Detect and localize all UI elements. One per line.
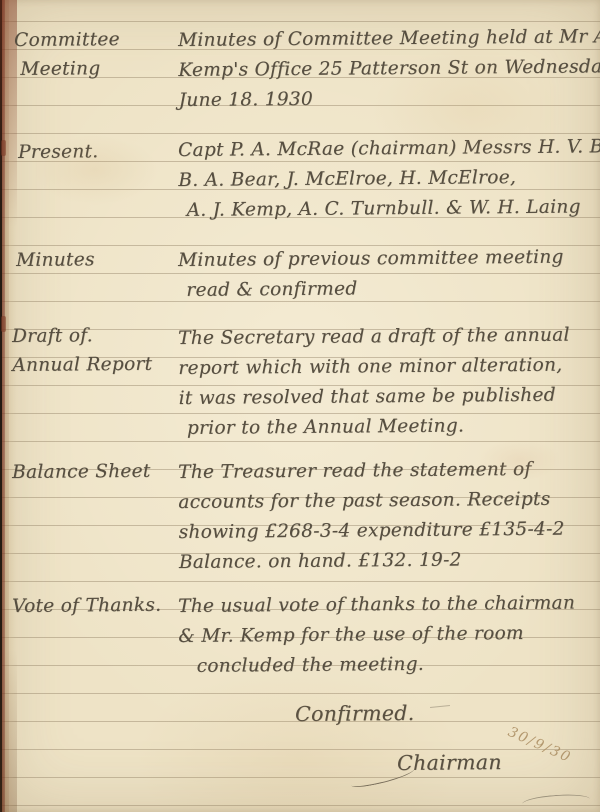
ledger-page: Committee Meeting Minutes of Committee M… [0,0,600,812]
margin-heading-balance-sheet: Balance Sheet [12,456,184,486]
margin-heading-line: Annual Report [12,349,184,379]
minutes-body-line: accounts for the past season. Receipts [178,484,598,518]
pen-stroke [522,793,590,806]
margin-heading-line: Meeting [12,53,184,83]
minutes-body-line: Minutes of previous committee meeting [178,242,598,276]
minutes-body-line: prior to the Annual Meeting. [179,410,599,444]
margin-heading-minutes: Minutes [12,244,184,274]
minutes-body-line: & Mr. Kemp for the use of the room [178,618,598,652]
margin-heading-draft-annual-report: Draft of. Annual Report [12,320,184,379]
minutes-body-line: Kemp's Office 25 Patterson St on Wednesd… [178,52,598,86]
section-body-present: Capt P. A. McRae (chairman) Messrs H. V.… [178,132,599,226]
section-body-balance-sheet: The Treasurer read the statement of acco… [178,454,599,578]
confirmed-text: Confirmed. [295,701,415,726]
minutes-body-line: showing £268-3-4 expenditure £135-4-2 [179,514,599,548]
minutes-body-line: A. J. Kemp, A. C. Turnbull. & W. H. Lain… [179,192,599,226]
margin-heading-line: Vote of Thanks. [12,590,184,620]
minutes-body-line: concluded the meeting. [179,648,599,682]
margin-heading-line: Committee [12,24,184,54]
minutes-body-line: report which with one minor alteration, [178,350,598,384]
minutes-body-line: read & confirmed [178,272,598,306]
chairman-signature: Chairman [397,750,502,775]
margin-heading-line: Balance Sheet [12,456,184,486]
minutes-body-line: The Treasurer read the statement of [178,454,598,488]
minutes-body-line: Capt P. A. McRae (chairman) Messrs H. V.… [178,132,598,166]
section-body-draft-annual-report: The Secretary read a draft of the annual… [178,320,599,444]
pencil-date-note: 30/9/30 [505,724,574,766]
red-tick-mark [1,316,6,332]
minutes-body-line: Minutes of Committee Meeting held at Mr … [178,22,598,56]
margin-heading-line: Present. [12,136,184,166]
pen-mark [430,705,450,708]
margin-heading-committee-meeting: Committee Meeting [12,24,184,83]
minutes-body-line: June 18. 1930 [179,82,599,116]
margin-heading-line: Draft of. [12,320,184,350]
section-body-minutes: Minutes of previous committee meeting re… [178,242,599,306]
red-tick-mark [1,140,6,156]
section-body-vote-of-thanks: The usual vote of thanks to the chairman… [178,588,599,682]
minutes-body-line: The Secretary read a draft of the annual [178,320,598,354]
binding-edge [0,0,17,812]
margin-heading-present: Present. [12,136,184,166]
minutes-body-line: it was resolved that same be published [179,380,599,414]
minutes-body-line: Balance. on hand. £132. 19-2 [179,544,599,578]
minutes-body-line: The usual vote of thanks to the chairman [178,588,598,622]
minutes-body-line: B. A. Bear, J. McElroe, H. McElroe, [178,162,598,196]
section-body-committee-meeting: Minutes of Committee Meeting held at Mr … [178,22,599,116]
margin-heading-line: Minutes [12,244,184,274]
margin-heading-vote-of-thanks: Vote of Thanks. [12,590,184,620]
